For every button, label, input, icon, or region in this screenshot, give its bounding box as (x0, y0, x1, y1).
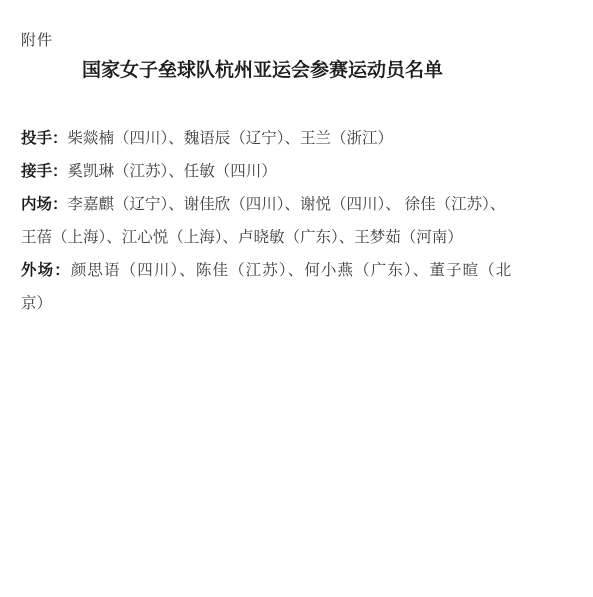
roster-line-pitchers: 投手：柴燚楠（四川）、魏语辰（辽宁）、王兰（浙江） (21, 122, 576, 155)
roster-body: 投手：柴燚楠（四川）、魏语辰（辽宁）、王兰（浙江） 接手：奚凯琳（江苏）、任敏（… (21, 122, 576, 320)
roster-line-infield-2: 王蓓（上海）、江心悦（上海）、卢晓敏（广东）、王梦茹（河南） (21, 221, 576, 254)
names-text: 奚凯琳（江苏）、任敏（四川） (68, 163, 277, 180)
names-text: 李嘉麒（辽宁）、谢佳欣（四川）、谢悦（四川）、 徐佳（江苏）、 (68, 196, 506, 213)
roster-line-outfield-1: 外场：颜思语（四川）、陈佳（江苏）、何小燕（广东）、董子暄（北 (21, 254, 576, 287)
names-text: 柴燚楠（四川）、魏语辰（辽宁）、王兰（浙江） (68, 130, 394, 147)
names-text: 京） (21, 295, 52, 312)
role-label-outfield: 外场： (21, 262, 71, 279)
roster-line-outfield-2: 京） (21, 287, 576, 320)
role-label-pitcher: 投手： (21, 130, 68, 147)
attachment-label: 附件 (21, 30, 53, 52)
names-text: 王蓓（上海）、江心悦（上海）、卢晓敏（广东）、王梦茹（河南） (21, 229, 463, 246)
document-title: 国家女子垒球队杭州亚运会参赛运动员名单 (0, 57, 525, 85)
document-page: 附件 国家女子垒球队杭州亚运会参赛运动员名单 投手：柴燚楠（四川）、魏语辰（辽宁… (0, 0, 593, 597)
role-label-catcher: 接手： (21, 163, 68, 180)
role-label-infield: 内场： (21, 196, 68, 213)
roster-line-infield-1: 内场：李嘉麒（辽宁）、谢佳欣（四川）、谢悦（四川）、 徐佳（江苏）、 (21, 188, 576, 221)
names-text: 颜思语（四川）、陈佳（江苏）、何小燕（广东）、董子暄（北 (71, 262, 513, 279)
roster-line-catchers: 接手：奚凯琳（江苏）、任敏（四川） (21, 155, 576, 188)
